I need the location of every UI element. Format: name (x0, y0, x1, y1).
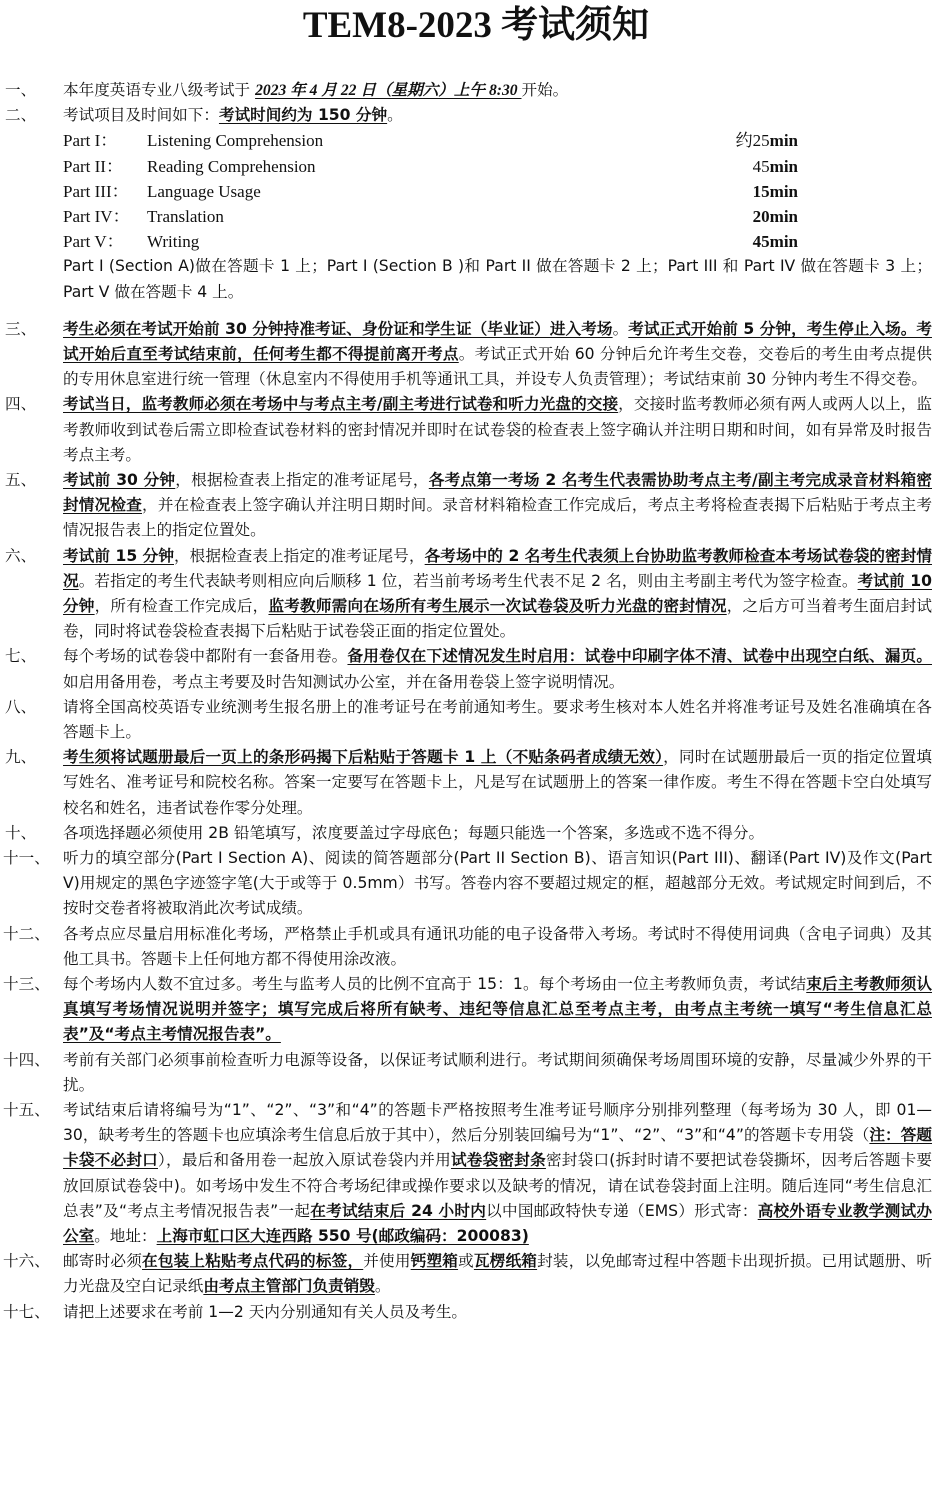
exam-parts-table: Part I： Listening Comprehension 约25min P… (0, 128, 952, 254)
item-text: 邮寄时必须 (63, 1252, 142, 1270)
part-name: Language Usage (147, 179, 261, 204)
notice-item-9: 九、 考生须将试题册最后一页上的条形码揭下后粘贴于答题卡 1 上（不贴条码者成绩… (0, 745, 952, 821)
item-text: 本年度英语专业八级考试于 (63, 81, 255, 99)
emphasis-text: 钙塑箱 (411, 1252, 458, 1270)
notice-item-11: 十一、 听力的填空部分(Part I Section A)、阅读的简答题部分(P… (0, 846, 952, 922)
item-text: 请将全国高校英语专业统测考生报名册上的准考证号在考前通知考生。要求考生核对本人姓… (63, 698, 932, 741)
item-text: 。 (387, 106, 403, 124)
emphasis-text: 考生须将试题册最后一页上的条形码揭下后粘贴于答题卡 1 上（不贴条码者成绩无效） (63, 748, 663, 766)
item-text: 开始。 (521, 81, 568, 99)
item-number: 三、 (5, 317, 36, 342)
item-text: 每个考场内人数不宜过多。考生与监考人员的比例不宜高于 15：1。每个考场由一位主… (63, 975, 806, 993)
item-number: 十四、 (3, 1048, 50, 1073)
item-text: 请把上述要求在考前 1—2 天内分别通知有关人员及考生。 (63, 1303, 467, 1321)
item-text: 以中国邮政特快专递（EMS）形式寄： (486, 1202, 758, 1220)
emphasis-text: 考试前 30 分钟 (63, 471, 175, 489)
mailing-address: 上海市虹口区大连西路 550 号(邮政编码：200083) (157, 1227, 529, 1245)
notice-item-6: 六、 考试前 15 分钟，根据检查表上指定的准考证尾号，各考场中的 2 名考生代… (0, 544, 952, 645)
item-text: 考试结束后请将编号为“1”、“2”、“3”和“4”的答题卡严格按照考生准考证号顺… (63, 1101, 932, 1144)
notice-item-2: 二、 考试项目及时间如下：考试时间约为 150 分钟。 (0, 103, 952, 128)
notice-body: 一、 本年度英语专业八级考试于 2023 年 4 月 22 日（星期六）上午 8… (0, 78, 952, 1325)
emphasis-text: 考试前 15 分钟 (63, 547, 174, 565)
item-number: 八、 (5, 695, 36, 720)
item-number: 一、 (5, 78, 36, 103)
notice-item-14: 十四、 考前有关部门必须事前检查听力电源等设备，以保证考试顺利进行。考试期间须确… (0, 1048, 952, 1098)
part-name: Reading Comprehension (147, 154, 316, 179)
item-text: 。 (613, 320, 629, 338)
item-number: 十、 (5, 821, 36, 846)
notice-item-13: 十三、 每个考场内人数不宜过多。考生与监考人员的比例不宜高于 15：1。每个考场… (0, 972, 952, 1048)
part-label: Part III： (63, 179, 129, 204)
item-text: 每个考场的试卷袋中都附有一套备用卷。 (63, 647, 347, 665)
notice-item-4: 四、 考试当日，监考教师必须在考场中与考点主考/副主考进行试卷和听力光盘的交接，… (0, 392, 952, 468)
emphasis-text: 考生必须在考试开始前 30 分钟持准考证、身份证和学生证（毕业证）进入考场 (63, 320, 613, 338)
part-row: Part I： Listening Comprehension 约25min (63, 128, 952, 153)
notice-item-10: 十、 各项选择题必须使用 2B 铅笔填写，浓度要盖过字母底色；每题只能选一个答案… (0, 821, 952, 846)
part-time: 约25min (673, 128, 798, 153)
item-number: 九、 (5, 745, 36, 770)
item-number: 十七、 (3, 1300, 50, 1325)
item-text: 听力的填空部分(Part I Section A)、阅读的简答题部分(Part … (63, 849, 932, 917)
item-text: ，所有检查工作完成后， (95, 597, 269, 615)
item-number: 十三、 (3, 972, 50, 997)
part-label: Part IV： (63, 204, 130, 229)
emphasis-text: 备用卷仅在下述情况发生时启用：试卷中印刷字体不清、试卷中出现空白纸、漏页。 (347, 647, 932, 665)
part-label: Part V： (63, 229, 124, 254)
item-number: 十一、 (3, 846, 50, 871)
item-number: 五、 (5, 468, 36, 493)
item-text: 各项选择题必须使用 2B 铅笔填写，浓度要盖过字母底色；每题只能选一个答案，多选… (63, 824, 764, 842)
part-time: 20min (673, 204, 798, 229)
emphasis-text: 瓦楞纸箱 (474, 1252, 537, 1270)
item-text: 各考点应尽量启用标准化考场，严格禁止手机或具有通讯功能的电子设备带入考场。考试时… (63, 925, 932, 968)
document-title: TEM8-2023 考试须知 (0, 4, 952, 48)
notice-item-7: 七、 每个考场的试卷袋中都附有一套备用卷。备用卷仅在下述情况发生时启用：试卷中印… (0, 644, 952, 694)
notice-item-3: 三、 考生必须在考试开始前 30 分钟持准考证、身份证和学生证（毕业证）进入考场… (0, 317, 952, 393)
item-text: ，并在检查表上签字确认并注明日期时间。录音材料箱检查工作完成后，考点主考将检查表… (63, 496, 932, 539)
item-number: 十六、 (3, 1249, 50, 1274)
emphasis-text: 考试当日，监考教师必须在考场中与考点主考/副主考进行试卷和听力光盘的交接 (63, 395, 618, 413)
emphasis-text: 试卷袋密封条 (451, 1151, 546, 1169)
item-text: 或 (458, 1252, 474, 1270)
item-text: 如启用备用卷，考点主考要及时告知测试办公室，并在备用卷袋上签字说明情况。 (63, 673, 624, 691)
part-name: Writing (147, 229, 199, 254)
answer-sheet-note: Part I (Section A)做在答题卡 1 上；Part I (Sect… (0, 254, 952, 304)
item-text: 。 (375, 1277, 391, 1295)
emphasis-text: 由考点主管部门负责销毁 (203, 1277, 375, 1295)
emphasis-text: 监考教师需向在场所有考生展示一次试卷袋及听力光盘的密封情况 (268, 597, 726, 615)
item-number: 七、 (5, 644, 36, 669)
part-label: Part I： (63, 128, 117, 153)
part-row: Part II： Reading Comprehension 45min (63, 154, 952, 179)
item-number: 四、 (5, 392, 36, 417)
part-name: Translation (147, 204, 224, 229)
item-text: ，根据检查表上指定的准考证尾号， (175, 471, 429, 489)
item-number: 六、 (5, 544, 36, 569)
item-text: 考试项目及时间如下： (63, 106, 219, 124)
part-time: 15min (673, 179, 798, 204)
notice-item-8: 八、 请将全国高校英语专业统测考生报名册上的准考证号在考前通知考生。要求考生核对… (0, 695, 952, 745)
part-row: Part V： Writing 45min (63, 229, 952, 254)
item-text: 。地址： (94, 1227, 156, 1245)
item-text: 。若指定的考生代表缺考则相应向后顺移 1 位，若当前考场考生代表不足 2 名，则… (79, 572, 858, 590)
exam-datetime: 2023 年 4 月 22 日（星期六）上午 8:30 (255, 82, 521, 99)
part-time: 45min (673, 154, 798, 179)
item-text: ），最后和备用卷一起放入原试卷袋内并用 (158, 1151, 451, 1169)
part-row: Part IV： Translation 20min (63, 204, 952, 229)
part-time: 45min (673, 229, 798, 254)
emphasis-text: 在包装上粘贴考点代码的标签， (142, 1252, 363, 1270)
notice-item-5: 五、 考试前 30 分钟，根据检查表上指定的准考证尾号，各考点第一考场 2 名考… (0, 468, 952, 544)
item-number: 十二、 (3, 922, 50, 947)
item-text: ，根据检查表上指定的准考证尾号， (174, 547, 425, 565)
notice-item-17: 十七、 请把上述要求在考前 1—2 天内分别通知有关人员及考生。 (0, 1300, 952, 1325)
item-number: 十五、 (3, 1098, 50, 1123)
emphasis-text: 在考试结束后 24 小时内 (310, 1202, 486, 1220)
notice-item-15: 十五、 考试结束后请将编号为“1”、“2”、“3”和“4”的答题卡严格按照考生准… (0, 1098, 952, 1249)
part-label: Part II： (63, 154, 123, 179)
item-text: 考前有关部门必须事前检查听力电源等设备，以保证考试顺利进行。考试期间须确保考场周… (63, 1051, 932, 1094)
part-name: Listening Comprehension (147, 128, 323, 153)
notice-item-12: 十二、 各考点应尽量启用标准化考场，严格禁止手机或具有通讯功能的电子设备带入考场… (0, 922, 952, 972)
notice-item-1: 一、 本年度英语专业八级考试于 2023 年 4 月 22 日（星期六）上午 8… (0, 78, 952, 103)
item-number: 二、 (5, 103, 36, 128)
item-text: 并使用 (363, 1252, 410, 1270)
part-row: Part III： Language Usage 15min (63, 179, 952, 204)
exam-duration: 考试时间约为 150 分钟 (219, 106, 387, 124)
notice-item-16: 十六、 邮寄时必须在包装上粘贴考点代码的标签，并使用钙塑箱或瓦楞纸箱封装，以免邮… (0, 1249, 952, 1299)
